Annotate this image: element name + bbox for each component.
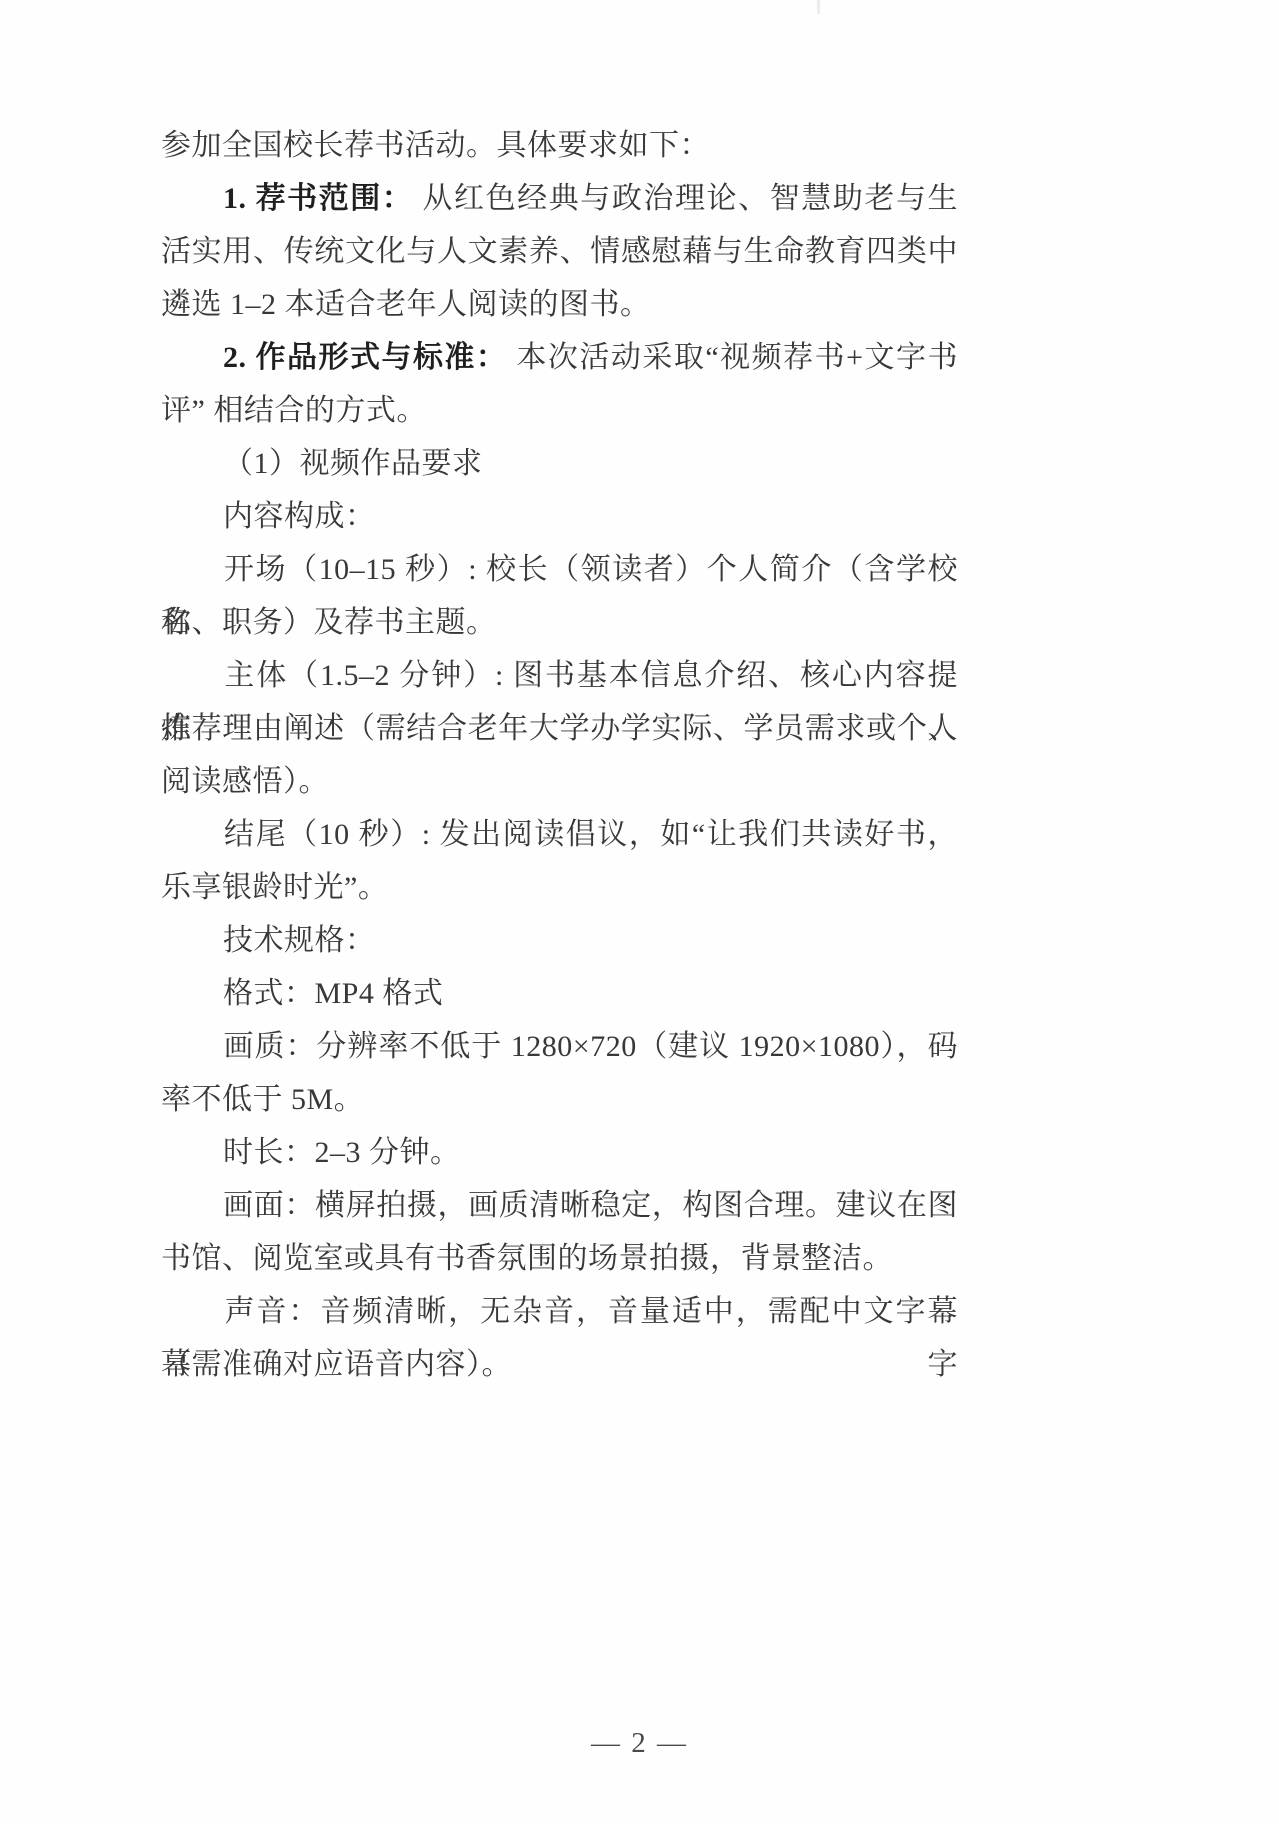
text-run: 幕需准确对应语音内容）。	[161, 1348, 512, 1381]
text-run: 参加全国校长荐书活动。具体要求如下：	[161, 129, 710, 162]
text-line: 2. 作品形式与标准： 本次活动采取“视频荐书+文字书	[161, 331, 958, 384]
bold-text-run: 1. 荐书范围：	[223, 182, 413, 215]
text-line: 推荐理由阐述（需结合老年大学办学实际、学员需求或个人	[161, 702, 958, 755]
document-page: 参加全国校长荐书活动。具体要求如下：1. 荐书范围： 从红色经典与政治理论、智慧…	[0, 0, 1279, 1824]
text-line: 画质：分辨率不低于 1280×720（建议 1920×1080），码	[161, 1020, 958, 1073]
text-line: 声音：音频清晰，无杂音，音量适中，需配中文字幕（字	[161, 1285, 958, 1338]
text-run: 结尾（10 秒）: 发出阅读倡议，如“让我们共读好书，	[223, 818, 958, 851]
text-run: 乐享银龄时光”。	[161, 871, 388, 904]
text-line: 阅读感悟）。	[161, 755, 958, 808]
text-line: 内容构成：	[161, 490, 958, 543]
text-run: 时长：2–3 分钟。	[223, 1136, 461, 1169]
text-line: 评” 相结合的方式。	[161, 384, 958, 437]
text-line: 率不低于 5M。	[161, 1073, 958, 1126]
text-line: 画面：横屏拍摄，画质清晰稳定，构图合理。建议在图	[161, 1179, 958, 1232]
text-run: 技术规格：	[223, 924, 376, 957]
text-run: 格式：MP4 格式	[223, 977, 443, 1010]
document-body: 参加全国校长荐书活动。具体要求如下：1. 荐书范围： 从红色经典与政治理论、智慧…	[161, 119, 958, 1391]
text-run: 画质：分辨率不低于 1280×720（建议 1920×1080），码	[223, 1030, 958, 1063]
text-run: 率不低于 5M。	[161, 1083, 364, 1116]
text-run: 内容构成：	[223, 500, 376, 533]
text-run: 画面：横屏拍摄，画质清晰稳定，构图合理。建议在图	[223, 1189, 958, 1222]
text-run: （1）视频作品要求	[223, 447, 483, 480]
text-line: 格式：MP4 格式	[161, 967, 958, 1020]
text-line: 遴选 1–2 本适合老年人阅读的图书。	[161, 278, 958, 331]
text-run: 阅读感悟）。	[161, 765, 329, 798]
text-run: 书馆、阅览室或具有书香氛围的场景拍摄，背景整洁。	[161, 1242, 893, 1275]
text-line: 结尾（10 秒）: 发出阅读倡议，如“让我们共读好书，	[161, 808, 958, 861]
text-line: 时长：2–3 分钟。	[161, 1126, 958, 1179]
text-line: 技术规格：	[161, 914, 958, 967]
text-line: 主体（1.5–2 分钟）: 图书基本信息介绍、核心内容提炼、	[161, 649, 958, 702]
scan-artifact-mark	[817, 0, 820, 14]
text-line: （1）视频作品要求	[161, 437, 958, 490]
text-line: 参加全国校长荐书活动。具体要求如下：	[161, 119, 958, 172]
text-line: 乐享银龄时光”。	[161, 861, 958, 914]
text-run: 遴选 1–2 本适合老年人阅读的图书。	[161, 288, 651, 321]
text-line: 1. 荐书范围： 从红色经典与政治理论、智慧助老与生	[161, 172, 958, 225]
text-run: 活实用、传统文化与人文素养、情感慰藉与生命教育四类中	[161, 235, 958, 268]
bold-text-run: 2. 作品形式与标准：	[223, 341, 507, 374]
text-run: 称、职务）及荐书主题。	[161, 606, 497, 639]
text-line: 活实用、传统文化与人文素养、情感慰藉与生命教育四类中	[161, 225, 958, 278]
text-run: 评” 相结合的方式。	[161, 394, 427, 427]
text-run: 从红色经典与政治理论、智慧助老与生	[413, 182, 958, 215]
text-line: 开场（10–15 秒）: 校长（领读者）个人简介（含学校名	[161, 543, 958, 596]
text-run: 本次活动采取“视频荐书+文字书	[507, 341, 958, 374]
text-line: 称、职务）及荐书主题。	[161, 596, 958, 649]
text-line: 书馆、阅览室或具有书香氛围的场景拍摄，背景整洁。	[161, 1232, 958, 1285]
page-number: — 2 —	[0, 1718, 1279, 1768]
text-run: 推荐理由阐述（需结合老年大学办学实际、学员需求或个人	[161, 712, 958, 745]
